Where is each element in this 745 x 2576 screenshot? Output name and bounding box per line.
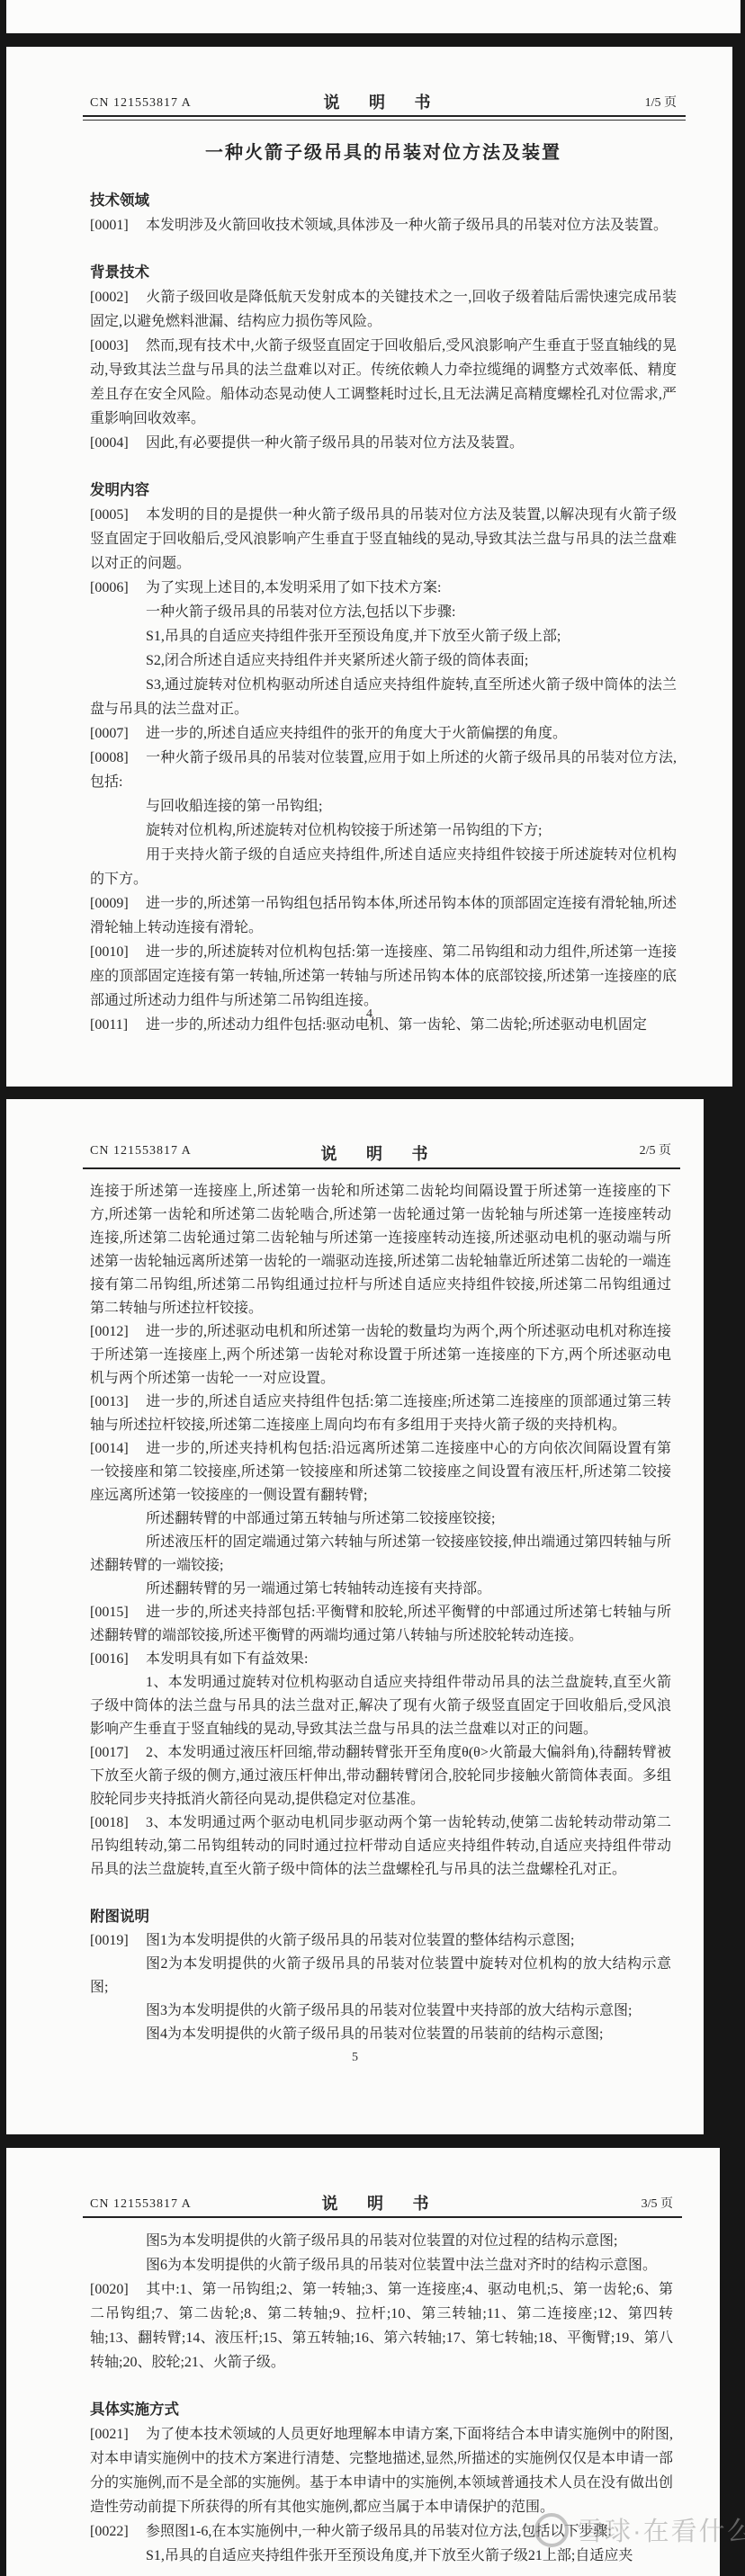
paragraph: [0005]本发明的目的是提供一种火箭子级吊具的吊装对位方法及装置,以解决现有火… bbox=[90, 503, 677, 576]
section-heading: 附图说明 bbox=[90, 1905, 671, 1929]
paragraph-tag: [0007] bbox=[90, 721, 146, 746]
indented-paragraph: 图2为本发明提供的火箭子级吊具的吊装对位装置中旋转对位机构的放大结构示意图; bbox=[90, 1953, 671, 1999]
section-heading: 背景技术 bbox=[90, 261, 677, 285]
indented-paragraph: 所述翻转臂的中部通过第五转轴与所述第二铰接座铰接; bbox=[90, 1507, 671, 1531]
page-body: 连接于所述第一连接座上,所述第一齿轮和所述第二齿轮均间隔设置于所述第一连接座的下… bbox=[90, 1180, 671, 2046]
patent-page: CN 121553817 A说 明 书1/5 页一种火箭子级吊具的吊装对位方法及… bbox=[6, 47, 732, 1087]
indented-paragraph: 图5为本发明提供的火箭子级吊具的吊装对位装置的对位过程的结构示意图; bbox=[90, 2229, 673, 2253]
paragraph-tag: [0008] bbox=[90, 746, 146, 770]
page-header: CN 121553817 A说 明 书1/5 页 bbox=[90, 90, 677, 112]
publication-number: CN 121553817 A bbox=[90, 2197, 192, 2212]
indented-paragraph: 图3为本发明提供的火箭子级吊具的吊装对位装置中夹持部的放大结构示意图; bbox=[90, 1999, 671, 2023]
page-body: 图5为本发明提供的火箭子级吊具的吊装对位装置的对位过程的结构示意图;图6为本发明… bbox=[90, 2229, 673, 2568]
pages-host: CN 121553817 A说 明 书1/5 页一种火箭子级吊具的吊装对位方法及… bbox=[0, 47, 745, 2576]
paragraph-tag: [0010] bbox=[90, 940, 146, 964]
indented-paragraph: 旋转对位机构,所述旋转对位机构铰接于所述第一吊钩组的下方; bbox=[90, 818, 677, 843]
indented-paragraph: 图4为本发明提供的火箭子级吊具的吊装对位装置的吊装前的结构示意图; bbox=[90, 2023, 671, 2046]
paragraph: [0019]图1为本发明提供的火箭子级吊具的吊装对位装置的整体结构示意图; bbox=[90, 1929, 671, 1953]
document-type: 说 明 书 bbox=[321, 1145, 441, 1163]
indented-paragraph: S1,吊具的自适应夹持组件张开至预设角度,并下放至火箭子级21上部;自适应夹 bbox=[90, 2544, 673, 2568]
paragraph: [0007]进一步的,所述自适应夹持组件的张开的角度大于火箭偏摆的角度。 bbox=[90, 721, 677, 746]
paragraph-tag: [0006] bbox=[90, 576, 146, 600]
paragraph: [0017]2、本发明通过液压杆回缩,带动翻转臂张开至角度θ(θ>火箭最大偏斜角… bbox=[90, 1741, 671, 1811]
paragraph: [0014]进一步的,所述夹持机构包括:沿远离所述第二连接座中心的方向依次间隔设… bbox=[90, 1437, 671, 1507]
page-number: 4 bbox=[6, 1007, 732, 1022]
indented-paragraph: 与回收船连接的第一吊钩组; bbox=[90, 794, 677, 818]
paragraph-tag: [0003] bbox=[90, 334, 146, 358]
header-rule bbox=[83, 115, 686, 121]
indented-paragraph: S2,闭合所述自适应夹持组件并夹紧所述火箭子级的筒体表面; bbox=[90, 648, 677, 673]
paragraph-tag: [0013] bbox=[90, 1391, 146, 1414]
paragraph-tag: [0014] bbox=[90, 1437, 146, 1461]
indented-paragraph: 图6为本发明提供的火箭子级吊具的吊装对位装置中法兰盘对齐时的结构示意图。 bbox=[90, 2253, 673, 2277]
paragraph-tag: [0016] bbox=[90, 1648, 146, 1671]
paragraph: [0020]其中:1、第一吊钩组;2、第一转轴;3、第一连接座;4、驱动电机;5… bbox=[90, 2277, 673, 2375]
paragraph: 连接于所述第一连接座上,所述第一齿轮和所述第二齿轮均间隔设置于所述第一连接座的下… bbox=[90, 1180, 671, 1320]
paragraph-tag: [0017] bbox=[90, 1741, 146, 1765]
paragraph-tag: [0020] bbox=[90, 2277, 146, 2302]
publication-number: CN 121553817 A bbox=[90, 96, 192, 111]
paragraph: [0021]为了使本技术领域的人员更好地理解本申请方案,下面将结合本申请实施例中… bbox=[90, 2422, 673, 2519]
document-type: 说 明 书 bbox=[324, 94, 444, 112]
paragraph: [0012]进一步的,所述驱动电机和所述第一齿轮的数量均为两个,两个所述驱动电机… bbox=[90, 1320, 671, 1391]
indented-paragraph: 用于夹持火箭子级的自适应夹持组件,所述自适应夹持组件铰接于所述旋转对位机构的下方… bbox=[90, 843, 677, 891]
page-number: 5 bbox=[6, 2046, 704, 2070]
paragraph: [0018]3、本发明通过两个驱动电机同步驱动两个第一齿轮转动,使第二齿轮转动带… bbox=[90, 1811, 671, 1882]
document-viewer: CN 121553817 A说 明 书1/5 页一种火箭子级吊具的吊装对位方法及… bbox=[0, 0, 745, 2576]
page-header: CN 121553817 A说 明 书2/5 页 bbox=[90, 1142, 671, 1164]
indented-paragraph: 1、本发明通过旋转对位机构驱动自适应夹持组件带动吊具的法兰盘旋转,直至火箭子级中… bbox=[90, 1671, 671, 1741]
header-rule bbox=[83, 1167, 680, 1169]
paragraph-tag: [0005] bbox=[90, 503, 146, 527]
page-body: 一种火箭子级吊具的吊装对位方法及装置技术领域[0001]本发明涉及火箭回收技术领… bbox=[90, 140, 677, 1037]
publication-number: CN 121553817 A bbox=[90, 1140, 192, 1163]
indented-paragraph: 所述液压杆的固定端通过第六转轴与所述第一铰接座铰接,伸出端通过第四转轴与所述翻转… bbox=[90, 1531, 671, 1578]
paragraph: [0016]本发明具有如下有益效果: bbox=[90, 1648, 671, 1671]
indented-paragraph: S3,通过旋转对位机构驱动所述自适应夹持组件旋转,直至所述火箭子级中筒体的法兰盘… bbox=[90, 673, 677, 721]
paragraph: [0008]一种火箭子级吊具的吊装对位装置,应用于如上所述的火箭子级吊具的吊装对… bbox=[90, 746, 677, 794]
paragraph-tag: [0022] bbox=[90, 2519, 146, 2544]
page-header: CN 121553817 A说 明 书3/5 页 bbox=[90, 2191, 673, 2213]
patent-page: CN 121553817 A说 明 书3/5 页图5为本发明提供的火箭子级吊具的… bbox=[6, 2148, 720, 2576]
invention-title: 一种火箭子级吊具的吊装对位方法及装置 bbox=[90, 140, 677, 165]
paragraph-tag: [0018] bbox=[90, 1811, 146, 1835]
paragraph: [0004]因此,有必要提供一种火箭子级吊具的吊装对位方法及装置。 bbox=[90, 431, 677, 455]
paragraph: [0003]然而,现有技术中,火箭子级竖直固定于回收船后,受风浪影响产生垂直于竖… bbox=[90, 334, 677, 431]
patent-page: CN 121553817 A说 明 书2/5 页连接于所述第一连接座上,所述第一… bbox=[6, 1099, 704, 2134]
header-rule bbox=[83, 2216, 682, 2218]
paragraph-tag: [0015] bbox=[90, 1601, 146, 1624]
section-heading: 具体实施方式 bbox=[90, 2398, 673, 2422]
paragraph-tag: [0019] bbox=[90, 1929, 146, 1953]
indented-paragraph: S1,吊具的自适应夹持组件张开至预设角度,并下放至火箭子级上部; bbox=[90, 624, 677, 648]
page-label: 2/5 页 bbox=[640, 1140, 671, 1163]
section-heading: 技术领域 bbox=[90, 189, 677, 213]
paragraph: [0010]进一步的,所述旋转对位机构包括:第一连接座、第二吊钩组和动力组件,所… bbox=[90, 940, 677, 1013]
previous-page-edge bbox=[6, 0, 741, 33]
paragraph-tag: [0001] bbox=[90, 213, 146, 237]
paragraph: [0006]为了实现上述目的,本发明采用了如下技术方案: bbox=[90, 576, 677, 600]
paragraph: [0009]进一步的,所述第一吊钩组包括吊钩本体,所述吊钩本体的顶部固定连接有滑… bbox=[90, 891, 677, 940]
paragraph-tag: [0009] bbox=[90, 891, 146, 916]
paragraph: [0013]进一步的,所述自适应夹持组件包括:第二连接座;所述第二连接座的顶部通… bbox=[90, 1391, 671, 1437]
indented-paragraph: 一种火箭子级吊具的吊装对位方法,包括以下步骤: bbox=[90, 600, 677, 624]
paragraph-tag: [0002] bbox=[90, 285, 146, 309]
paragraph: [0022]参照图1-6,在本实施例中,一种火箭子级吊具的吊装对位方法,包括以下… bbox=[90, 2519, 673, 2544]
paragraph: [0015]进一步的,所述夹持部包括:平衡臂和胶轮,所述平衡臂的中部通过所述第七… bbox=[90, 1601, 671, 1648]
section-heading: 发明内容 bbox=[90, 479, 677, 503]
paragraph-tag: [0012] bbox=[90, 1320, 146, 1344]
paragraph: [0001]本发明涉及火箭回收技术领域,具体涉及一种火箭子级吊具的吊装对位方法及… bbox=[90, 213, 677, 237]
indented-paragraph: 所述翻转臂的另一端通过第七转轴转动连接有夹持部。 bbox=[90, 1578, 671, 1601]
paragraph-tag: [0004] bbox=[90, 431, 146, 455]
paragraph-tag: [0021] bbox=[90, 2422, 146, 2446]
page-label: 1/5 页 bbox=[645, 93, 677, 111]
document-type: 说 明 书 bbox=[322, 2195, 442, 2213]
page-label: 3/5 页 bbox=[642, 2194, 673, 2212]
paragraph: [0002]火箭子级回收是降低航天发射成本的关键技术之一,回收子级着陆后需快速完… bbox=[90, 285, 677, 334]
